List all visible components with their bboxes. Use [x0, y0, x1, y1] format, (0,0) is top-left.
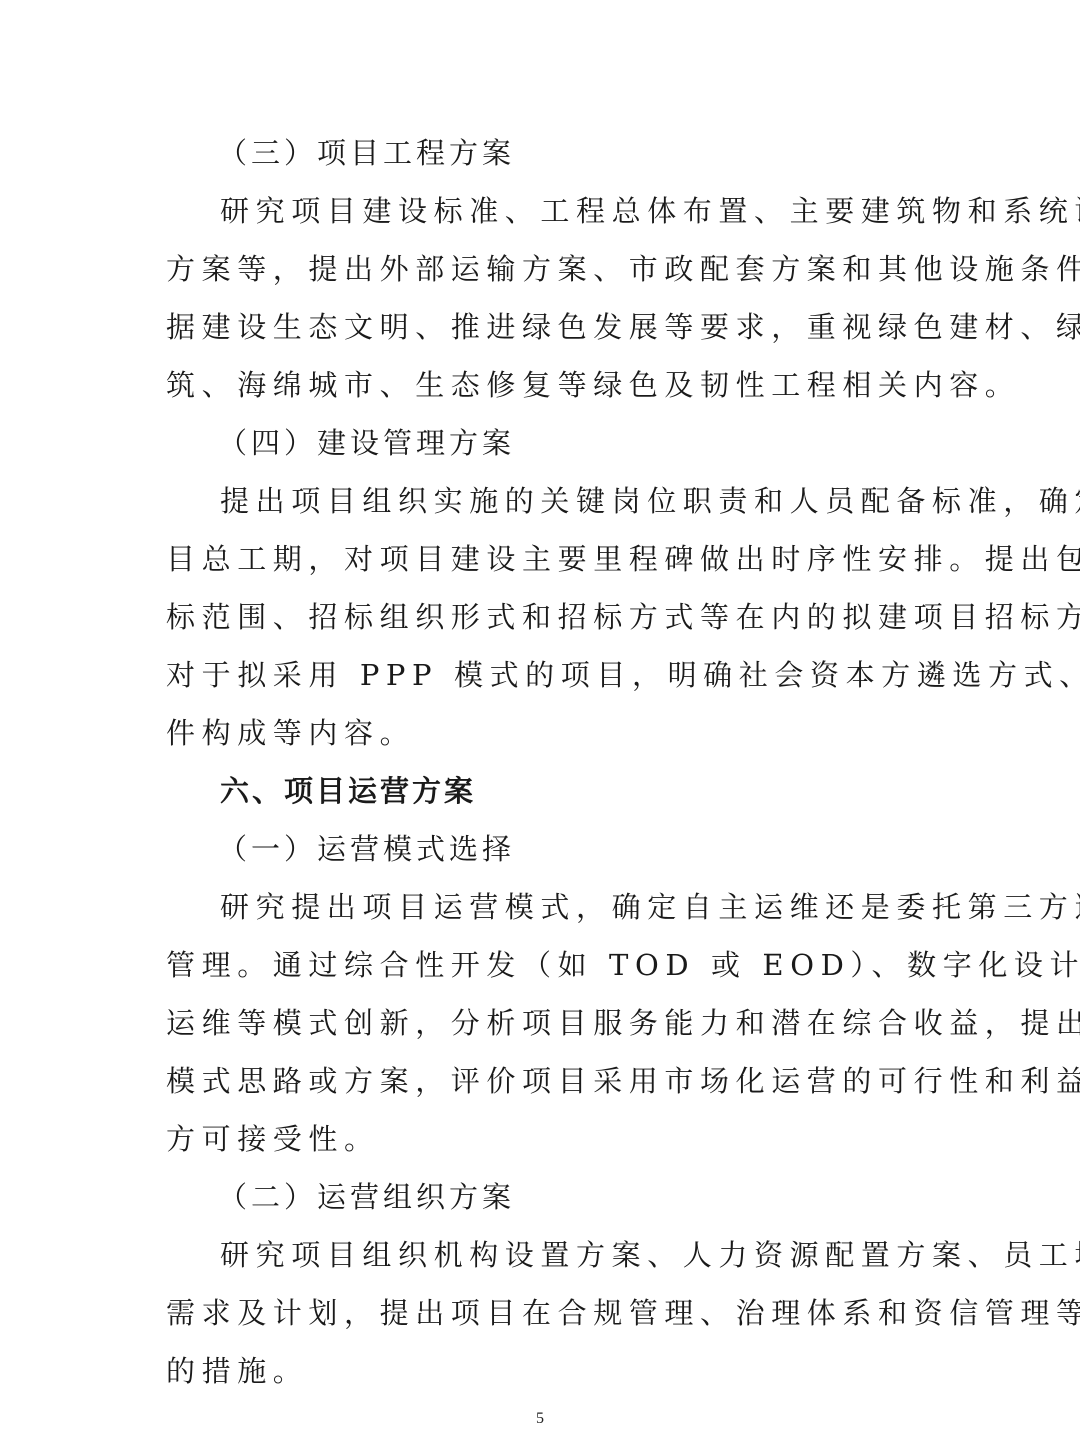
page-number: 5: [0, 1410, 1080, 1428]
paragraph-line: 模式思路或方案，评价项目采用市场化运营的可行性和利益相关: [166, 1052, 918, 1110]
paragraph-line: 研究项目建设标准、工程总体布置、主要建筑物和系统设计: [166, 182, 918, 240]
section-heading-operation-plan: 六、项目运营方案: [166, 762, 918, 820]
paragraph-project-engineering: 研究项目建设标准、工程总体布置、主要建筑物和系统设计 方案等，提出外部运输方案、…: [166, 182, 918, 414]
paragraph-line: 提出项目组织实施的关键岗位职责和人员配备标准，确定项: [166, 472, 918, 530]
paragraph-line: 运维等模式创新，分析项目服务能力和潜在综合收益，提出运营: [166, 994, 918, 1052]
sub-heading-operation-organization: （二）运营组织方案: [166, 1168, 918, 1226]
paragraph-line: 方可接受性。: [166, 1110, 918, 1168]
paragraph-line: 管理。通过综合性开发（如 TOD 或 EOD）、数字化设计-施工-: [166, 936, 918, 994]
paragraph-line: 目总工期，对项目建设主要里程碑做出时序性安排。提出包括招: [166, 530, 918, 588]
paragraph-line: 研究提出项目运营模式，确定自主运维还是委托第三方运营: [166, 878, 918, 936]
sub-heading-construction-management: （四）建设管理方案: [166, 414, 918, 472]
paragraph-construction-management: 提出项目组织实施的关键岗位职责和人员配备标准，确定项 目总工期，对项目建设主要里…: [166, 472, 918, 762]
paragraph-line: 研究项目组织机构设置方案、人力资源配置方案、员工培训: [166, 1226, 918, 1284]
document-page: （三）项目工程方案 研究项目建设标准、工程总体布置、主要建筑物和系统设计 方案等…: [166, 124, 918, 1400]
paragraph-line: 据建设生态文明、推进绿色发展等要求，重视绿色建材、绿色建: [166, 298, 918, 356]
paragraph-line: 对于拟采用 PPP 模式的项目，明确社会资本方遴选方式、遴选文: [166, 646, 918, 704]
paragraph-line: 筑、海绵城市、生态修复等绿色及韧性工程相关内容。: [166, 356, 918, 414]
paragraph-line: 的措施。: [166, 1342, 918, 1400]
paragraph-line: 标范围、招标组织形式和招标方式等在内的拟建项目招标方案。: [166, 588, 918, 646]
paragraph-line: 需求及计划，提出项目在合规管理、治理体系和资信管理等方面: [166, 1284, 918, 1342]
paragraph-line: 件构成等内容。: [166, 704, 918, 762]
sub-heading-project-engineering: （三）项目工程方案: [166, 124, 918, 182]
paragraph-line: 方案等，提出外部运输方案、市政配套方案和其他设施条件。根: [166, 240, 918, 298]
paragraph-operation-organization: 研究项目组织机构设置方案、人力资源配置方案、员工培训 需求及计划，提出项目在合规…: [166, 1226, 918, 1400]
sub-heading-operation-mode: （一）运营模式选择: [166, 820, 918, 878]
paragraph-operation-mode: 研究提出项目运营模式，确定自主运维还是委托第三方运营 管理。通过综合性开发（如 …: [166, 878, 918, 1168]
